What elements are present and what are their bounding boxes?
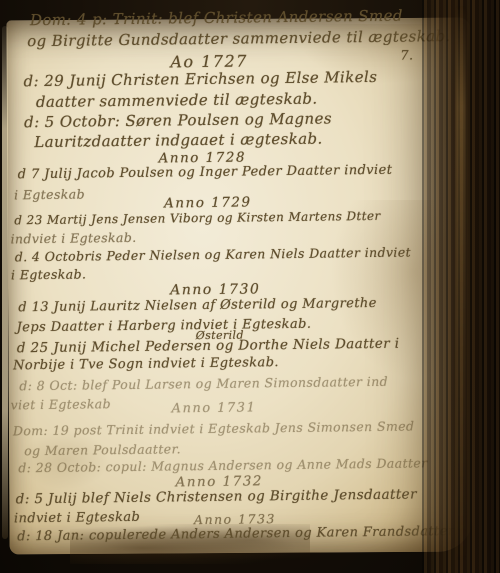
year-heading-1727: Ao 1727 — [170, 51, 248, 71]
entry-1727-dom4-line2: og Birgitte Gundsdaatter sammenviede til… — [27, 27, 451, 50]
entry-1731-dom19-line1: Dom: 19 post Trinit indviet i Egteskab J… — [13, 418, 415, 438]
entry-1731-oct28: d: 28 Octob: copul: Magnus Andersen og A… — [18, 455, 427, 475]
entry-1730-jun13-line2: Jeps Daatter i Harberg indviet i Egteska… — [17, 317, 312, 336]
entry-1729-oct4-line1: d. 4 Octobris Peder Nielsen og Karen Nie… — [15, 244, 411, 264]
entry-1730-jun13-line1: d 13 Junij Lauritz Nielsen af Østerild o… — [18, 296, 377, 315]
entry-1732-jul5-line1: d: 5 Julij blef Niels Christensen og Bir… — [16, 486, 417, 507]
entry-1728-jul7-line2: i Egteskab — [14, 186, 85, 202]
entry-1731-dom19-line2: og Maren Poulsdaatter. — [24, 441, 181, 458]
entry-1727-oct5-line1: d: 5 Octobr: Søren Poulsen og Magnes — [24, 109, 332, 131]
entry-1732-jul5-line2: indviet i Egteskab — [14, 510, 140, 527]
entry-1727-oct5-line2: Lauritzdaatter indgaaet i ægteskab. — [34, 130, 323, 152]
entry-1729-mar23-line2: indviet i Egteskab. — [10, 230, 136, 247]
binding-highlight — [456, 6, 466, 563]
photo-background: Dom: 4 p: Trinit: blef Christen Andersen… — [0, 0, 500, 573]
year-heading-1729: Anno 1729 — [164, 194, 252, 211]
entry-1730-oct8-line2: viet i Egteskab — [10, 396, 111, 412]
entry-1729-oct4-line2: i Egteskab. — [11, 266, 87, 282]
entry-1727-jun29-line1: d: 29 Junij Christen Erichsen og Else Mi… — [24, 68, 378, 90]
entry-1727-jun29-line2: daatter sammenviede til ægteskab. — [36, 90, 318, 111]
entry-1733-jan18: d: 18 Jan: copulerede Anders Andersen og… — [17, 524, 454, 544]
entry-1728-jul7-line1: d 7 Julij Jacob Poulsen og Inger Peder D… — [18, 163, 393, 183]
entry-1729-mar23-line1: d 23 Martij Jens Jensen Viborg og Kirste… — [14, 209, 380, 227]
page-number: 7. — [400, 48, 413, 63]
entry-1727-dom4-line1: Dom: 4 p: Trinit: blef Christen Andersen… — [30, 7, 403, 30]
year-heading-1733: Anno 1733 — [194, 511, 276, 527]
year-heading-1730: Anno 1730 — [170, 281, 260, 298]
year-heading-1731: Anno 1731 — [172, 400, 257, 416]
entry-1730-oct8-line1: d: 8 Oct: blef Poul Larsen og Maren Simo… — [19, 374, 388, 394]
insertion-osterild: Østerild — [196, 329, 244, 343]
entry-1730-jun25-line2: Norbije i Tve Sogn indviet i Egteskab. — [13, 355, 279, 373]
